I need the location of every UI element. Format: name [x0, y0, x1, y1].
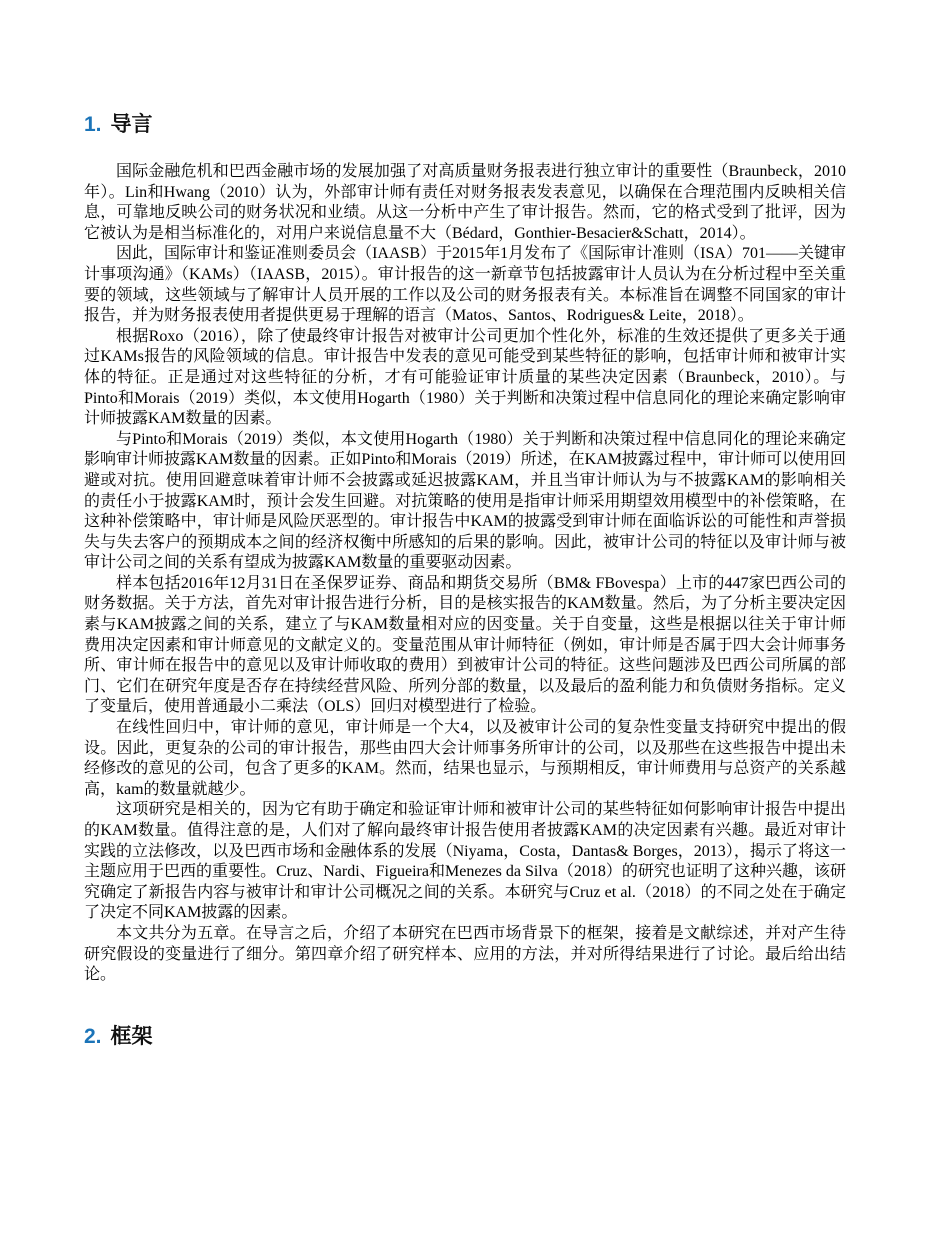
- document-content: 1.导言 国际金融危机和巴西金融市场的发展加强了对高质量财务报表进行独立审计的重…: [84, 112, 846, 1074]
- paragraph: 与Pinto和Morais（2019）类似，本文使用Hogarth（1980）关…: [84, 430, 846, 574]
- paragraph: 在线性回归中，审计师的意见，审计师是一个大4，以及被审计公司的复杂性变量支持研究…: [84, 718, 846, 800]
- paragraph: 根据Roxo（2016），除了使最终审计报告对被审计公司更加个性化外，标准的生效…: [84, 327, 846, 430]
- paragraph: 这项研究是相关的，因为它有助于确定和验证审计师和被审计公司的某些特征如何影响审计…: [84, 800, 846, 924]
- paragraph: 国际金融危机和巴西金融市场的发展加强了对高质量财务报表进行独立审计的重要性（Br…: [84, 162, 846, 244]
- section-title: 框架: [111, 1025, 153, 1048]
- section-heading: 1.导言: [84, 112, 846, 138]
- section-introduction: 1.导言 国际金融危机和巴西金融市场的发展加强了对高质量财务报表进行独立审计的重…: [84, 112, 846, 986]
- paragraph: 样本包括2016年12月31日在圣保罗证券、商品和期货交易所（BM& FBove…: [84, 574, 846, 718]
- paragraph: 因此，国际审计和鉴证准则委员会（IAASB）于2015年1月发布了《国际审计准则…: [84, 244, 846, 326]
- section-title: 导言: [111, 113, 153, 136]
- section-framework: 2.框架: [84, 1024, 846, 1050]
- document-page: 1.导言 国际金融危机和巴西金融市场的发展加强了对高质量财务报表进行独立审计的重…: [0, 0, 925, 1235]
- section-number: 2.: [84, 1025, 102, 1048]
- section-heading: 2.框架: [84, 1024, 846, 1050]
- paragraph: 本文共分为五章。在导言之后，介绍了本研究在巴西市场背景下的框架，接着是文献综述，…: [84, 924, 846, 986]
- section-number: 1.: [84, 113, 102, 136]
